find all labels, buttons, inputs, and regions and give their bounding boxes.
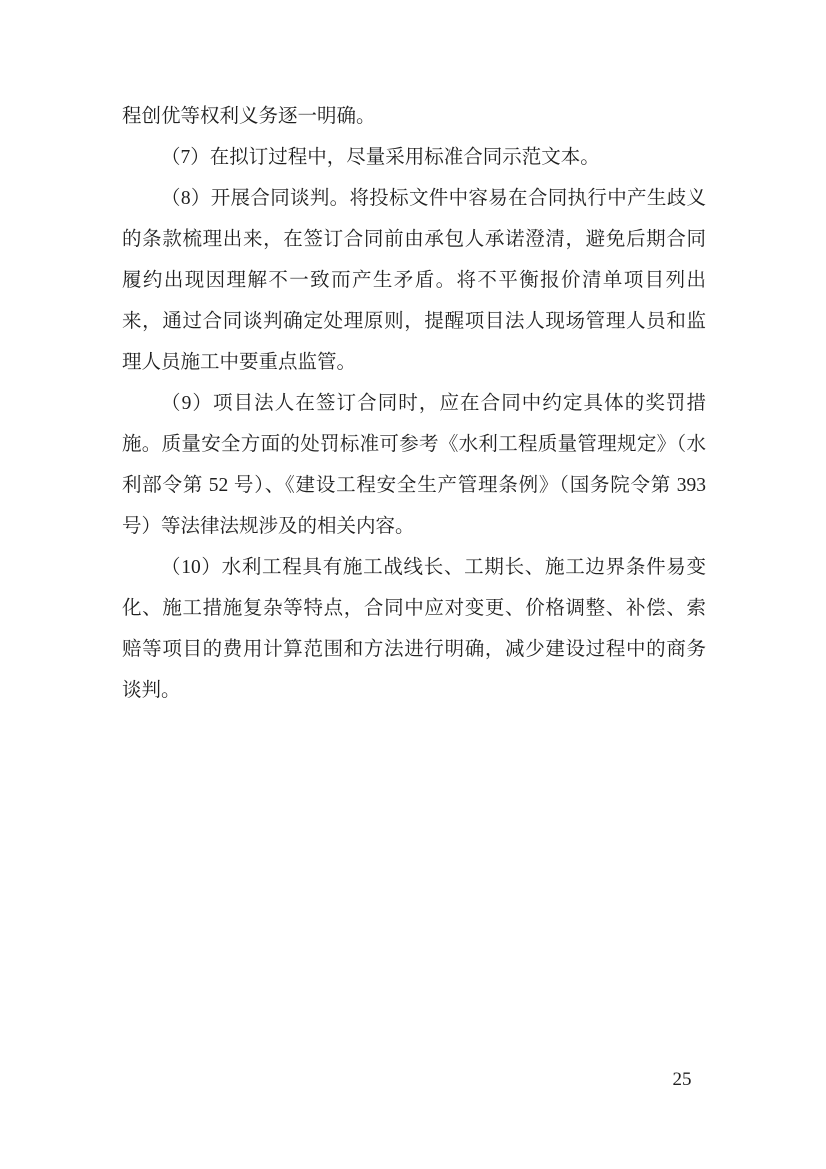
paragraph: 程创优等权利义务逐一明确。 (122, 96, 706, 137)
page-number: 25 (662, 1068, 702, 1092)
paragraph: （8）开展合同谈判。将投标文件中容易在合同执行中产生歧义的条款梳理出来，在签订合… (122, 178, 706, 383)
paragraph: （9）项目法人在签订合同时，应在合同中约定具体的奖罚措施。质量安全方面的处罚标准… (122, 383, 706, 547)
paragraph: （7）在拟订过程中，尽量采用标准合同示范文本。 (122, 137, 706, 178)
document-page: 程创优等权利义务逐一明确。（7）在拟订过程中，尽量采用标准合同示范文本。（8）开… (0, 0, 826, 1169)
paragraph: （10）水利工程具有施工战线长、工期长、施工边界条件易变化、施工措施复杂等特点，… (122, 547, 706, 711)
document-body: 程创优等权利义务逐一明确。（7）在拟订过程中，尽量采用标准合同示范文本。（8）开… (122, 96, 706, 711)
